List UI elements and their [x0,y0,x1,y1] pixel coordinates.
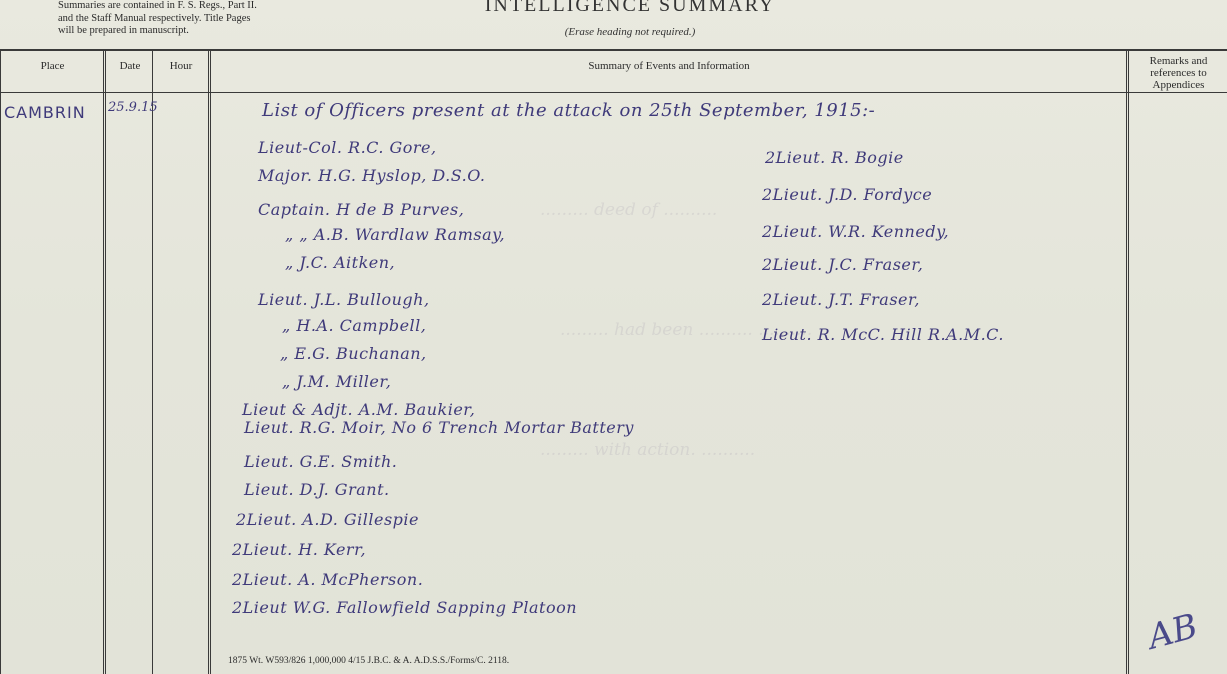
instruction-line: and the Staff Manual respectively. Title… [58,13,358,26]
officer-entry: Lieut. R.G. Moir, No 6 Trench Mortar Bat… [244,418,634,437]
column-divider [152,50,153,674]
officer-entry: „ E.G. Buchanan, [280,344,427,363]
officer-entry: Lieut. G.E. Smith. [244,452,397,471]
officer-entry: 2Lieut. J.D. Fordyce [762,185,932,204]
entry-date: 25.9.15 [108,100,158,115]
column-divider [208,50,211,674]
officer-entry: 2Lieut. J.C. Fraser, [762,255,923,274]
officer-entry: Lieut. J.L. Bullough, [258,290,430,309]
officer-entry: 2Lieut. W.R. Kennedy, [762,222,949,241]
officer-entry: Major. H.G. Hyslop, D.S.O. [258,166,485,185]
officer-entry: 2Lieut. H. Kerr, [232,540,366,559]
officer-entry: Lieut. R. McC. Hill R.A.M.C. [762,325,1004,344]
bleed-through-text: ......... deed of .......... [540,200,717,220]
form-instructions: Summaries are contained in F. S. Regs., … [58,0,358,38]
officer-entry: „ J.C. Aitken, [285,253,395,272]
column-header-date: Date [106,60,154,72]
remarks-header-line: Appendices [1130,79,1227,91]
officer-entry: „ „ A.B. Wardlaw Ramsay, [285,225,505,244]
column-divider [0,50,1,674]
officer-entry: 2Lieut. J.T. Fraser, [762,290,920,309]
bleed-through-text: ......... with action. .......... [540,440,755,460]
officer-entry: 2Lieut. R. Bogie [765,148,904,167]
officer-entry: 2Lieut W.G. Fallowfield Sapping Platoon [232,598,577,617]
remarks-initials: AB [1144,606,1202,657]
column-divider [1126,50,1129,674]
column-divider [103,50,106,674]
entry-place: CAMBRIN [4,103,86,122]
header-top-rule [0,49,1227,51]
form-title: INTELLIGENCE SUMMARY [440,0,820,17]
remarks-header-line: Remarks and [1130,55,1227,67]
officer-entry: „ H.A. Campbell, [282,316,426,335]
form-subtitle: (Erase heading not required.) [440,26,820,38]
column-header-place: Place [0,60,105,72]
column-header-hour: Hour [153,60,209,72]
instruction-line: will be prepared in manuscript. [58,25,358,38]
officer-entry: Lieut & Adjt. A.M. Baukier, [242,400,475,419]
column-header-summary: Summary of Events and Information [211,60,1127,72]
officer-entry: Lieut. D.J. Grant. [244,480,390,499]
column-header-remarks: Remarks and references to Appendices [1130,55,1227,91]
officer-entry: „ J.M. Miller, [282,372,391,391]
instruction-line: Summaries are contained in F. S. Regs., … [58,0,358,13]
remarks-header-line: references to [1130,67,1227,79]
officer-entry: 2Lieut. A. McPherson. [232,570,423,589]
header-bottom-rule [0,92,1227,93]
officer-entry: 2Lieut. A.D. Gillespie [236,510,419,529]
officer-entry: Captain. H de B Purves, [258,200,464,219]
entry-heading: List of Officers present at the attack o… [262,100,875,121]
officer-entry: Lieut-Col. R.C. Gore, [258,138,437,157]
war-diary-page: Summaries are contained in F. S. Regs., … [0,0,1227,674]
form-print-reference: 1875 Wt. W593/826 1,000,000 4/15 J.B.C. … [228,656,509,666]
